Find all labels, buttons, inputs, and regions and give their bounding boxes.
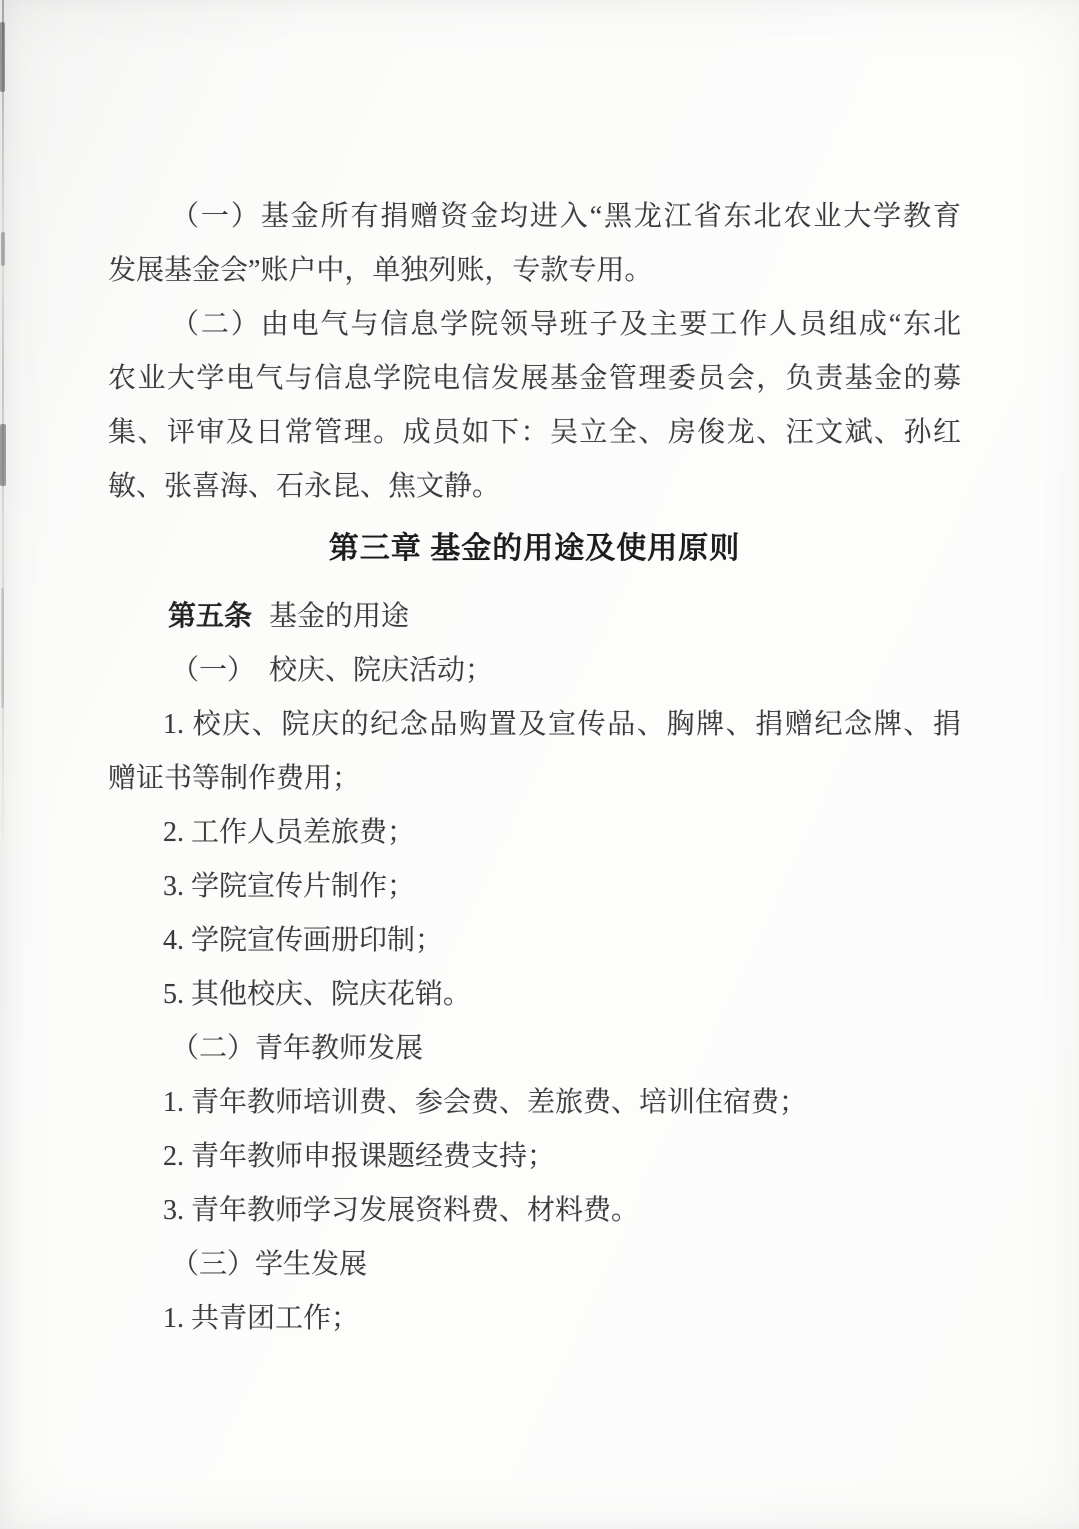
use-section-1-item-1-line-2: 赠证书等制作费用； — [108, 752, 961, 806]
use-section-2-heading: （二）青年教师发展 — [108, 1022, 961, 1076]
use-section-2-item-2: 2. 青年教师申报课题经费支持； — [108, 1130, 961, 1184]
scan-edge-smudge-1 — [0, 22, 5, 92]
scan-edge-smudge-4 — [1, 588, 4, 708]
use-section-2-item-3: 3. 青年教师学习发展资料费、材料费。 — [108, 1184, 961, 1238]
clause-2-line-1: （二）由电气与信息学院领导班子及主要工作人员组成“东北 — [108, 298, 961, 352]
use-section-3-item-1: 1. 共青团工作； — [108, 1292, 961, 1346]
clause-2-line-4: 敏、张喜海、石永昆、焦文静。 — [108, 460, 961, 514]
use-section-1-item-5: 5. 其他校庆、院庆花销。 — [108, 968, 961, 1022]
article-5-label: 第五条 — [168, 601, 252, 632]
scanned-document-page: （一）基金所有捐赠资金均进入“黑龙江省东北农业大学教育 发展基金会”账户中，单独… — [0, 0, 1079, 1529]
clause-2-line-3: 集、评审及日常管理。成员如下：吴立全、房俊龙、汪文斌、孙红 — [108, 406, 961, 460]
clause-2-line-2: 农业大学电气与信息学院电信发展基金管理委员会，负责基金的募 — [108, 352, 961, 406]
scan-edge-smudge-3 — [0, 424, 6, 486]
use-section-1-heading: （一） 校庆、院庆活动； — [108, 644, 961, 698]
clause-1-line-1: （一）基金所有捐赠资金均进入“黑龙江省东北农业大学教育 — [108, 190, 961, 244]
article-5-heading: 第五条基金的用途 — [108, 590, 961, 644]
use-section-2-item-1: 1. 青年教师培训费、参会费、差旅费、培训住宿费； — [108, 1076, 961, 1130]
scan-edge-line-artifact — [2, 0, 4, 838]
document-content: （一）基金所有捐赠资金均进入“黑龙江省东北农业大学教育 发展基金会”账户中，单独… — [108, 190, 961, 1346]
scan-edge-smudge-2 — [1, 232, 5, 266]
article-5-title: 基金的用途 — [269, 601, 409, 632]
clause-1-line-2: 发展基金会”账户中，单独列账，专款专用。 — [108, 244, 961, 298]
use-section-1-item-2: 2. 工作人员差旅费； — [108, 806, 961, 860]
use-section-3-heading: （三）学生发展 — [108, 1238, 961, 1292]
use-section-1-item-4: 4. 学院宣传画册印制； — [108, 914, 961, 968]
use-section-1-item-3: 3. 学院宣传片制作； — [108, 860, 961, 914]
chapter-3-heading: 第三章 基金的用途及使用原则 — [108, 522, 961, 576]
use-section-1-item-1-line-1: 1. 校庆、院庆的纪念品购置及宣传品、胸牌、捐赠纪念牌、捐 — [108, 698, 961, 752]
